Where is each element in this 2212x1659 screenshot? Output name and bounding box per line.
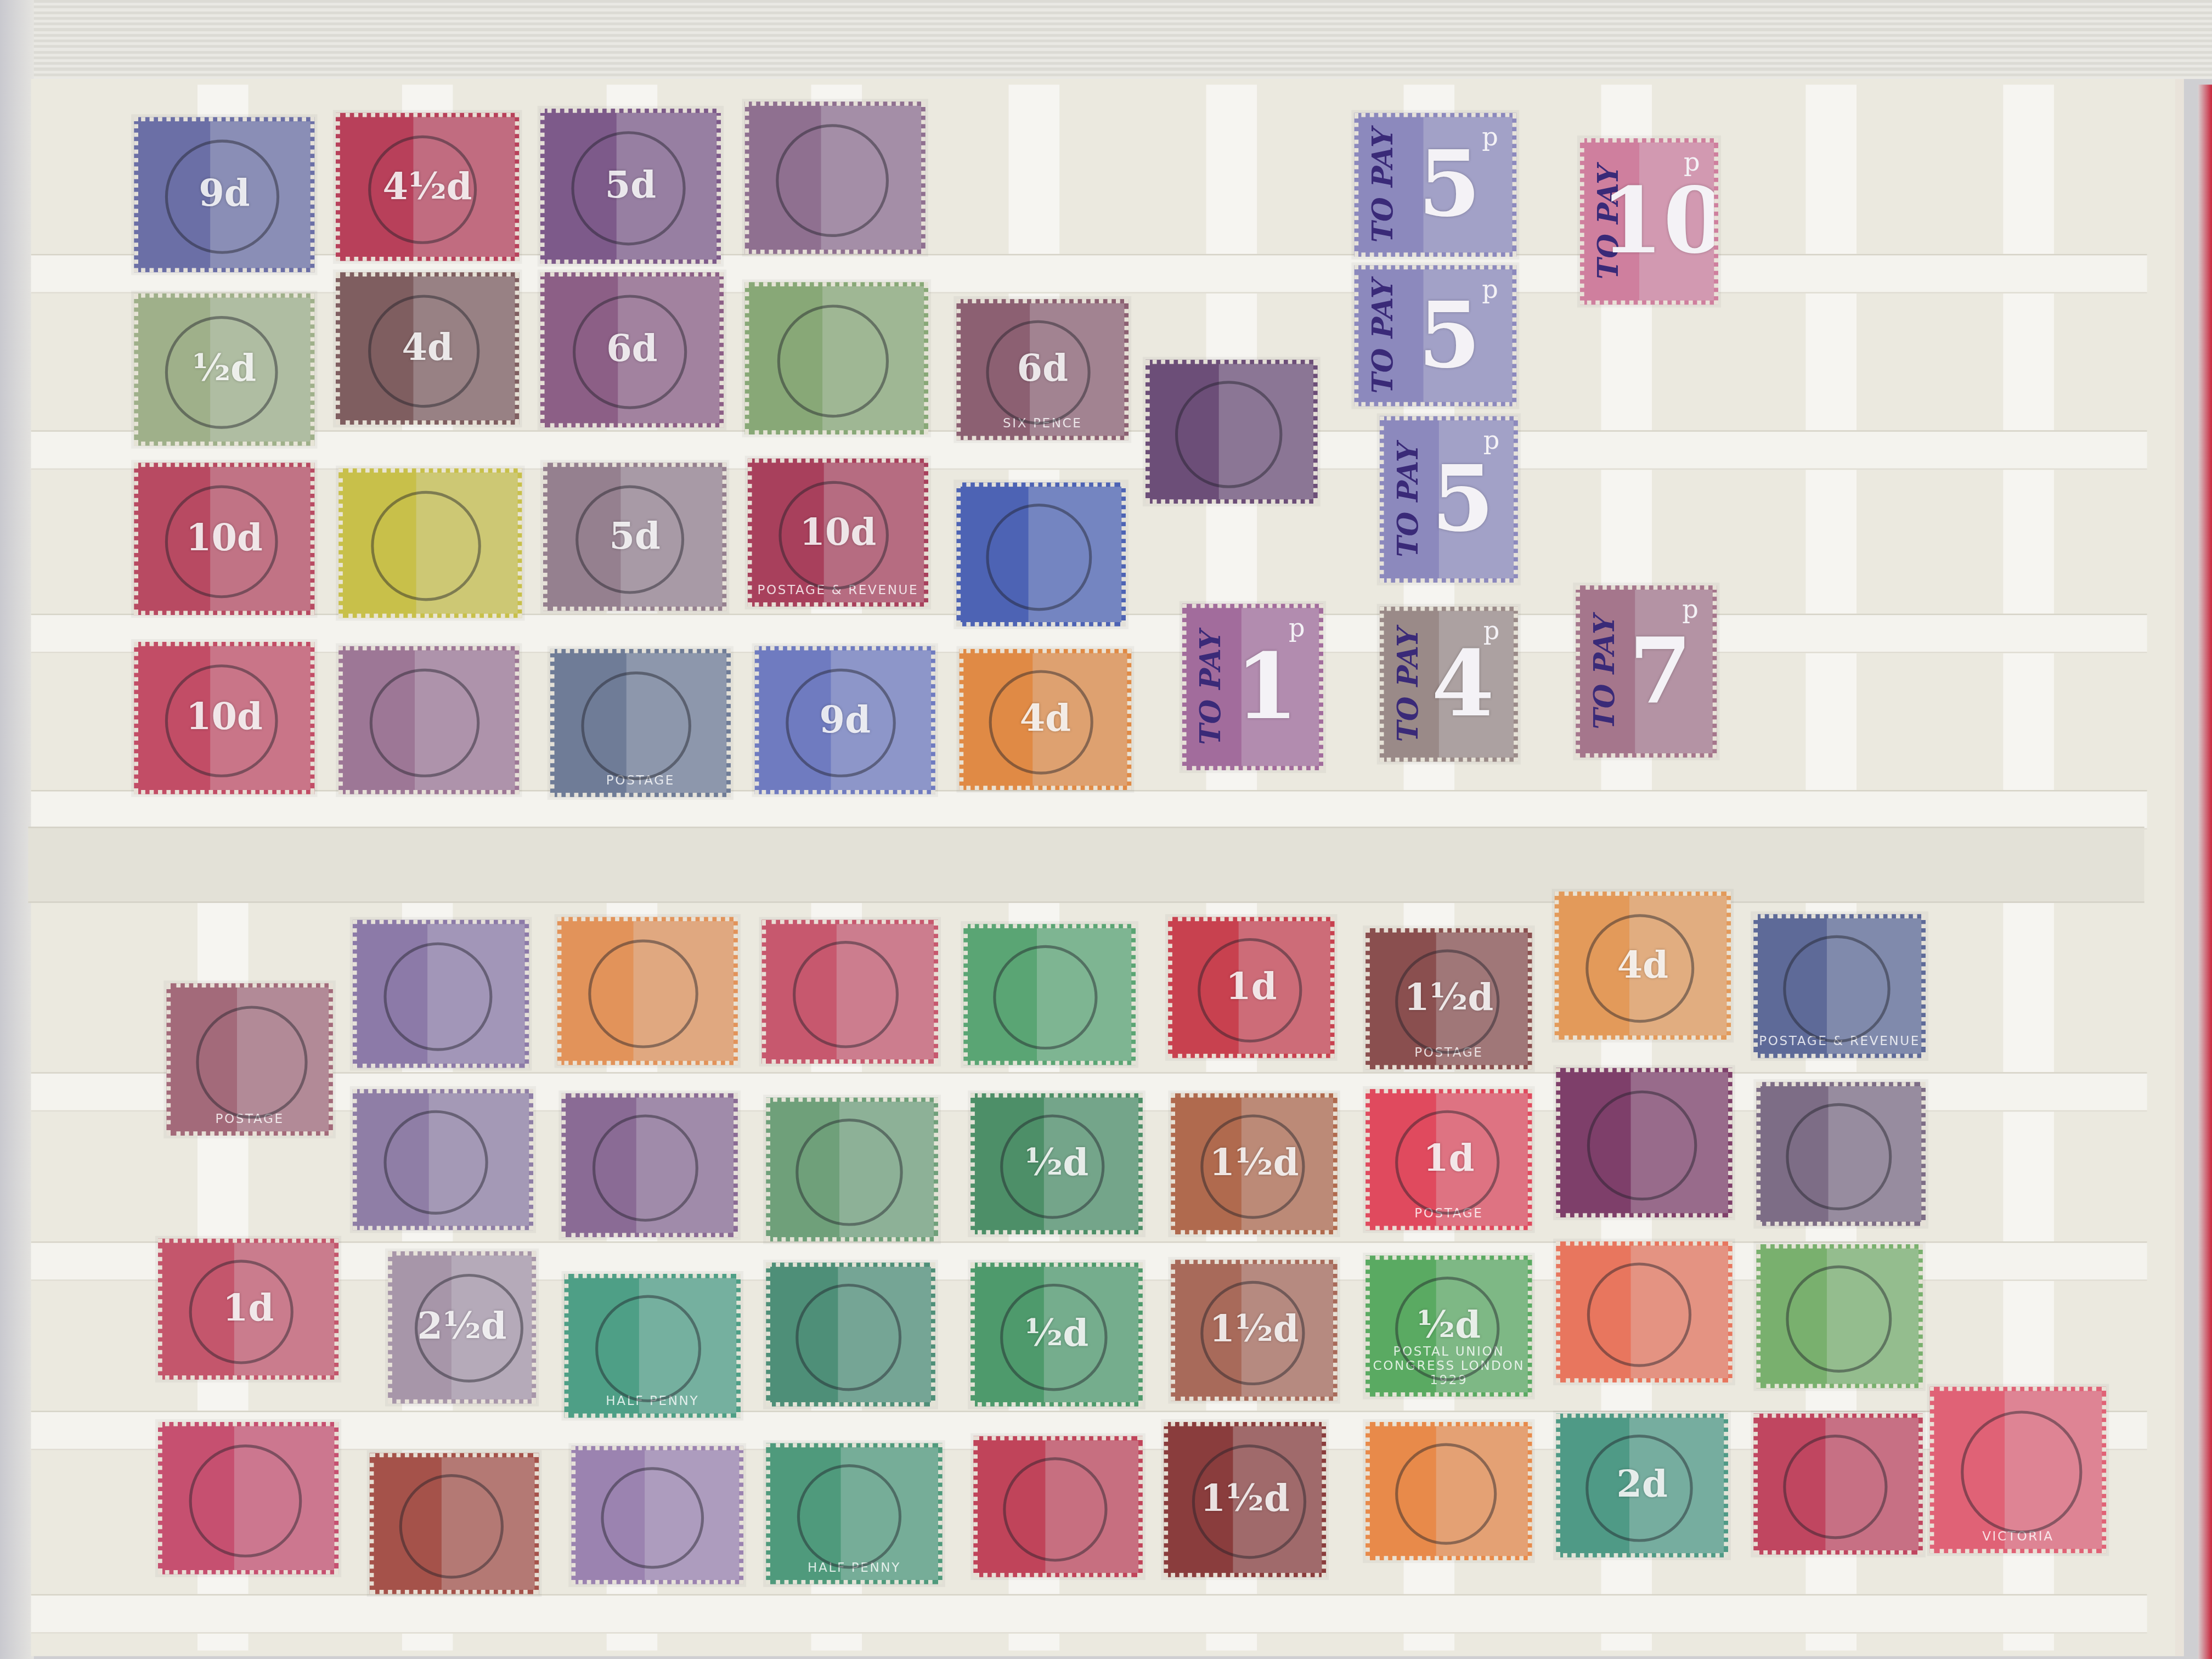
postmark [792,941,899,1048]
postmark [986,504,1092,611]
stamp [338,469,522,618]
stamp [1753,1414,1923,1555]
stamp [1756,1244,1922,1388]
stamp-inscription: POSTAGE & REVENUE [752,584,924,599]
stamp: HALF PENNY [766,1443,942,1584]
stamp-denomination: ½d [1025,1143,1088,1185]
postmark [1783,1435,1887,1539]
stamp: 1d [1168,917,1334,1058]
stamp-denomination: 4d [1020,698,1071,741]
stamp-inscription: SIX PENCE [961,417,1124,432]
postmark [776,124,889,236]
postage-due-stamp: TO PAY10p [1580,138,1718,304]
stamp-inscription: HALF PENNY [568,1395,736,1409]
postmark [797,1464,901,1568]
postmark [1003,1457,1107,1561]
stamp: 9d [755,646,935,794]
stamp: ½d [134,294,314,446]
stamp [353,1089,533,1230]
stamp [158,1422,338,1575]
to-pay-label: TO PAY [1585,595,1622,748]
stamp-denomination: 6d [606,329,657,371]
stamp [1756,1082,1926,1226]
stamp-denomination: ½d [193,348,256,391]
stamp [956,482,1126,626]
page-divider [28,827,2144,903]
stamp-denomination: 6d [1017,348,1068,391]
pence-unit: p [1482,275,1498,304]
stamp-denomination: ½d [1025,1313,1088,1356]
stamp-denomination: 2½d [417,1306,507,1348]
stamp: 1d [158,1239,338,1380]
stamp: 4½d [336,113,519,261]
stamp: POSTAGE [166,983,332,1136]
pence-unit: p [1483,426,1500,456]
postmark [399,1474,504,1578]
stamp: 2½d [388,1251,536,1404]
stamp: 5d [543,462,726,611]
stamp: ½dPOSTAL UNION CONGRESS LONDON 1929 [1365,1256,1532,1397]
to-pay-label: TO PAY [1192,614,1229,760]
stamp: 1½d [1171,1260,1337,1401]
stamp-denomination: 1½d [1209,1143,1299,1185]
stamp-denomination: ½d [1417,1305,1481,1347]
stamp-denomination: 4d [402,328,453,370]
stamp [762,920,938,1064]
postmark [1587,1090,1697,1200]
stamp: 2d [1556,1414,1728,1558]
postmark [1587,1262,1691,1367]
postage-due-stamp: TO PAY5p [1380,416,1518,583]
postmark [777,304,889,417]
stamp: 9d [134,117,314,272]
postage-due-stamp: TO PAY5p [1355,113,1517,257]
stamp-denomination: 10d [800,511,877,554]
stamp [353,920,529,1068]
postmark [384,1110,488,1215]
postmark [601,1467,704,1570]
postmark [1176,381,1282,488]
stamp: 4d [1555,891,1731,1040]
stamp-denomination: 9d [199,173,250,216]
stamp-denomination: 1½d [1200,1479,1290,1521]
postmark [1395,1443,1497,1545]
stamp-denomination: 1 [1235,634,1299,740]
postmark [196,1006,308,1118]
stamp-inscription: POSTAL UNION CONGRESS LONDON 1929 [1370,1346,1528,1388]
stamp: 6d [540,272,724,427]
stamp: 1dPOSTAGE [1365,1089,1532,1230]
album-spine [2198,84,2212,1659]
postage-due-stamp: TO PAY1p [1182,604,1323,770]
stamp: HALF PENNY [565,1274,741,1418]
stamp-denomination: 2d [1616,1464,1667,1506]
stamp [1556,1068,1732,1218]
stamp: POSTAGE [550,649,731,797]
stamp-denomination: 7 [1629,619,1692,725]
postmark [994,945,1098,1049]
stamp-inscription: POSTAGE [555,775,727,789]
stamp: 10dPOSTAGE & REVENUE [748,459,928,607]
stamp-denomination: 1½d [1404,978,1493,1020]
stamp: 4d [336,272,519,425]
postmark [589,939,698,1048]
stamp-denomination: 10 [1600,168,1718,274]
postage-due-stamp: TO PAY4p [1380,607,1518,762]
pence-unit: p [1684,148,1700,178]
stamp [973,1436,1143,1577]
stamp-inscription: HALF PENNY [770,1562,938,1576]
stamp-inscription: POSTAGE & REVENUE [1758,1035,1921,1049]
stamp-denomination: 9d [820,699,871,741]
postmark [189,1444,302,1557]
stamp-denomination: 10d [186,697,263,739]
to-pay-label: TO PAY [1390,426,1426,573]
stamp [561,1093,737,1237]
postmark [1786,1103,1892,1210]
stamp-inscription: POSTAGE [1370,1047,1528,1061]
stamp [745,101,926,254]
postmark [582,671,691,780]
stamp: 10d [134,462,314,615]
stamp [370,1453,539,1594]
stamp: 10d [134,642,314,794]
stamp [745,282,928,435]
stamp: 5d [540,109,721,264]
postmark [795,1284,902,1391]
stamp-denomination: 1d [1226,966,1277,1008]
stamp: 1½dPOSTAGE [1365,928,1532,1069]
postmark [1786,1266,1892,1372]
postmark [1784,935,1890,1042]
stamp-denomination: 4½d [383,166,472,208]
postmark [592,1115,698,1221]
postage-due-stamp: TO PAY5p [1355,265,1517,406]
postmark [370,668,479,777]
stamp: 1½d [1164,1422,1326,1577]
stamp: VICTORIA [1930,1387,2106,1553]
pocket-row [31,790,2147,830]
stamp-denomination: 5 [1418,283,1481,389]
stamp-denomination: 1½d [1209,1309,1299,1351]
stamp-denomination: 1d [223,1288,274,1330]
stamp-inscription: POSTAGE [1370,1207,1528,1222]
stamp [1365,1422,1532,1560]
stamp [571,1446,743,1584]
postmark [1961,1411,2083,1533]
stamp: ½d [970,1093,1143,1234]
photo-stage: 9d4½d5d½d4d6d6dSIX PENCE10d5d10dPOSTAGE … [0,0,2212,1659]
stamp [766,1262,935,1406]
postmark [370,490,481,601]
pence-unit: p [1289,614,1305,644]
stamp [963,924,1136,1065]
postmark [796,1119,902,1226]
stamp-denomination: 5 [1418,132,1481,238]
pence-unit: p [1482,123,1498,153]
stamp [1556,1242,1732,1383]
to-pay-label: TO PAY [1390,617,1426,752]
album-binding [0,0,2212,79]
stamp-inscription: POSTAGE [171,1113,329,1127]
stamp-denomination: 1d [1423,1138,1474,1181]
to-pay-label: TO PAY [1364,275,1401,396]
stamp-inscription: VICTORIA [1934,1531,2102,1545]
stamp-denomination: 5 [1431,447,1494,552]
pence-unit: p [1483,617,1500,646]
stamp: 6dSIX PENCE [956,299,1128,440]
stamp: POSTAGE & REVENUE [1753,914,1926,1058]
stamp: 1½d [1171,1093,1337,1234]
stamp [1145,360,1318,504]
postmark [595,1295,701,1402]
stamp: 4d [960,649,1132,790]
stamp-denomination: 4 [1431,631,1494,737]
stamp [766,1098,938,1242]
to-pay-label: TO PAY [1364,123,1401,247]
stamp [557,917,738,1065]
postage-due-stamp: TO PAY7p [1576,585,1717,758]
stamp: ½d [970,1262,1143,1406]
stamp [338,646,519,794]
stamp-denomination: 4d [1617,945,1668,987]
stamp-denomination: 10d [186,518,263,560]
pocket-row [31,1594,2147,1634]
postmark [383,942,493,1051]
stamp-denomination: 5d [609,516,660,558]
pence-unit: p [1682,595,1699,625]
stamp-denomination: 5d [605,165,656,207]
